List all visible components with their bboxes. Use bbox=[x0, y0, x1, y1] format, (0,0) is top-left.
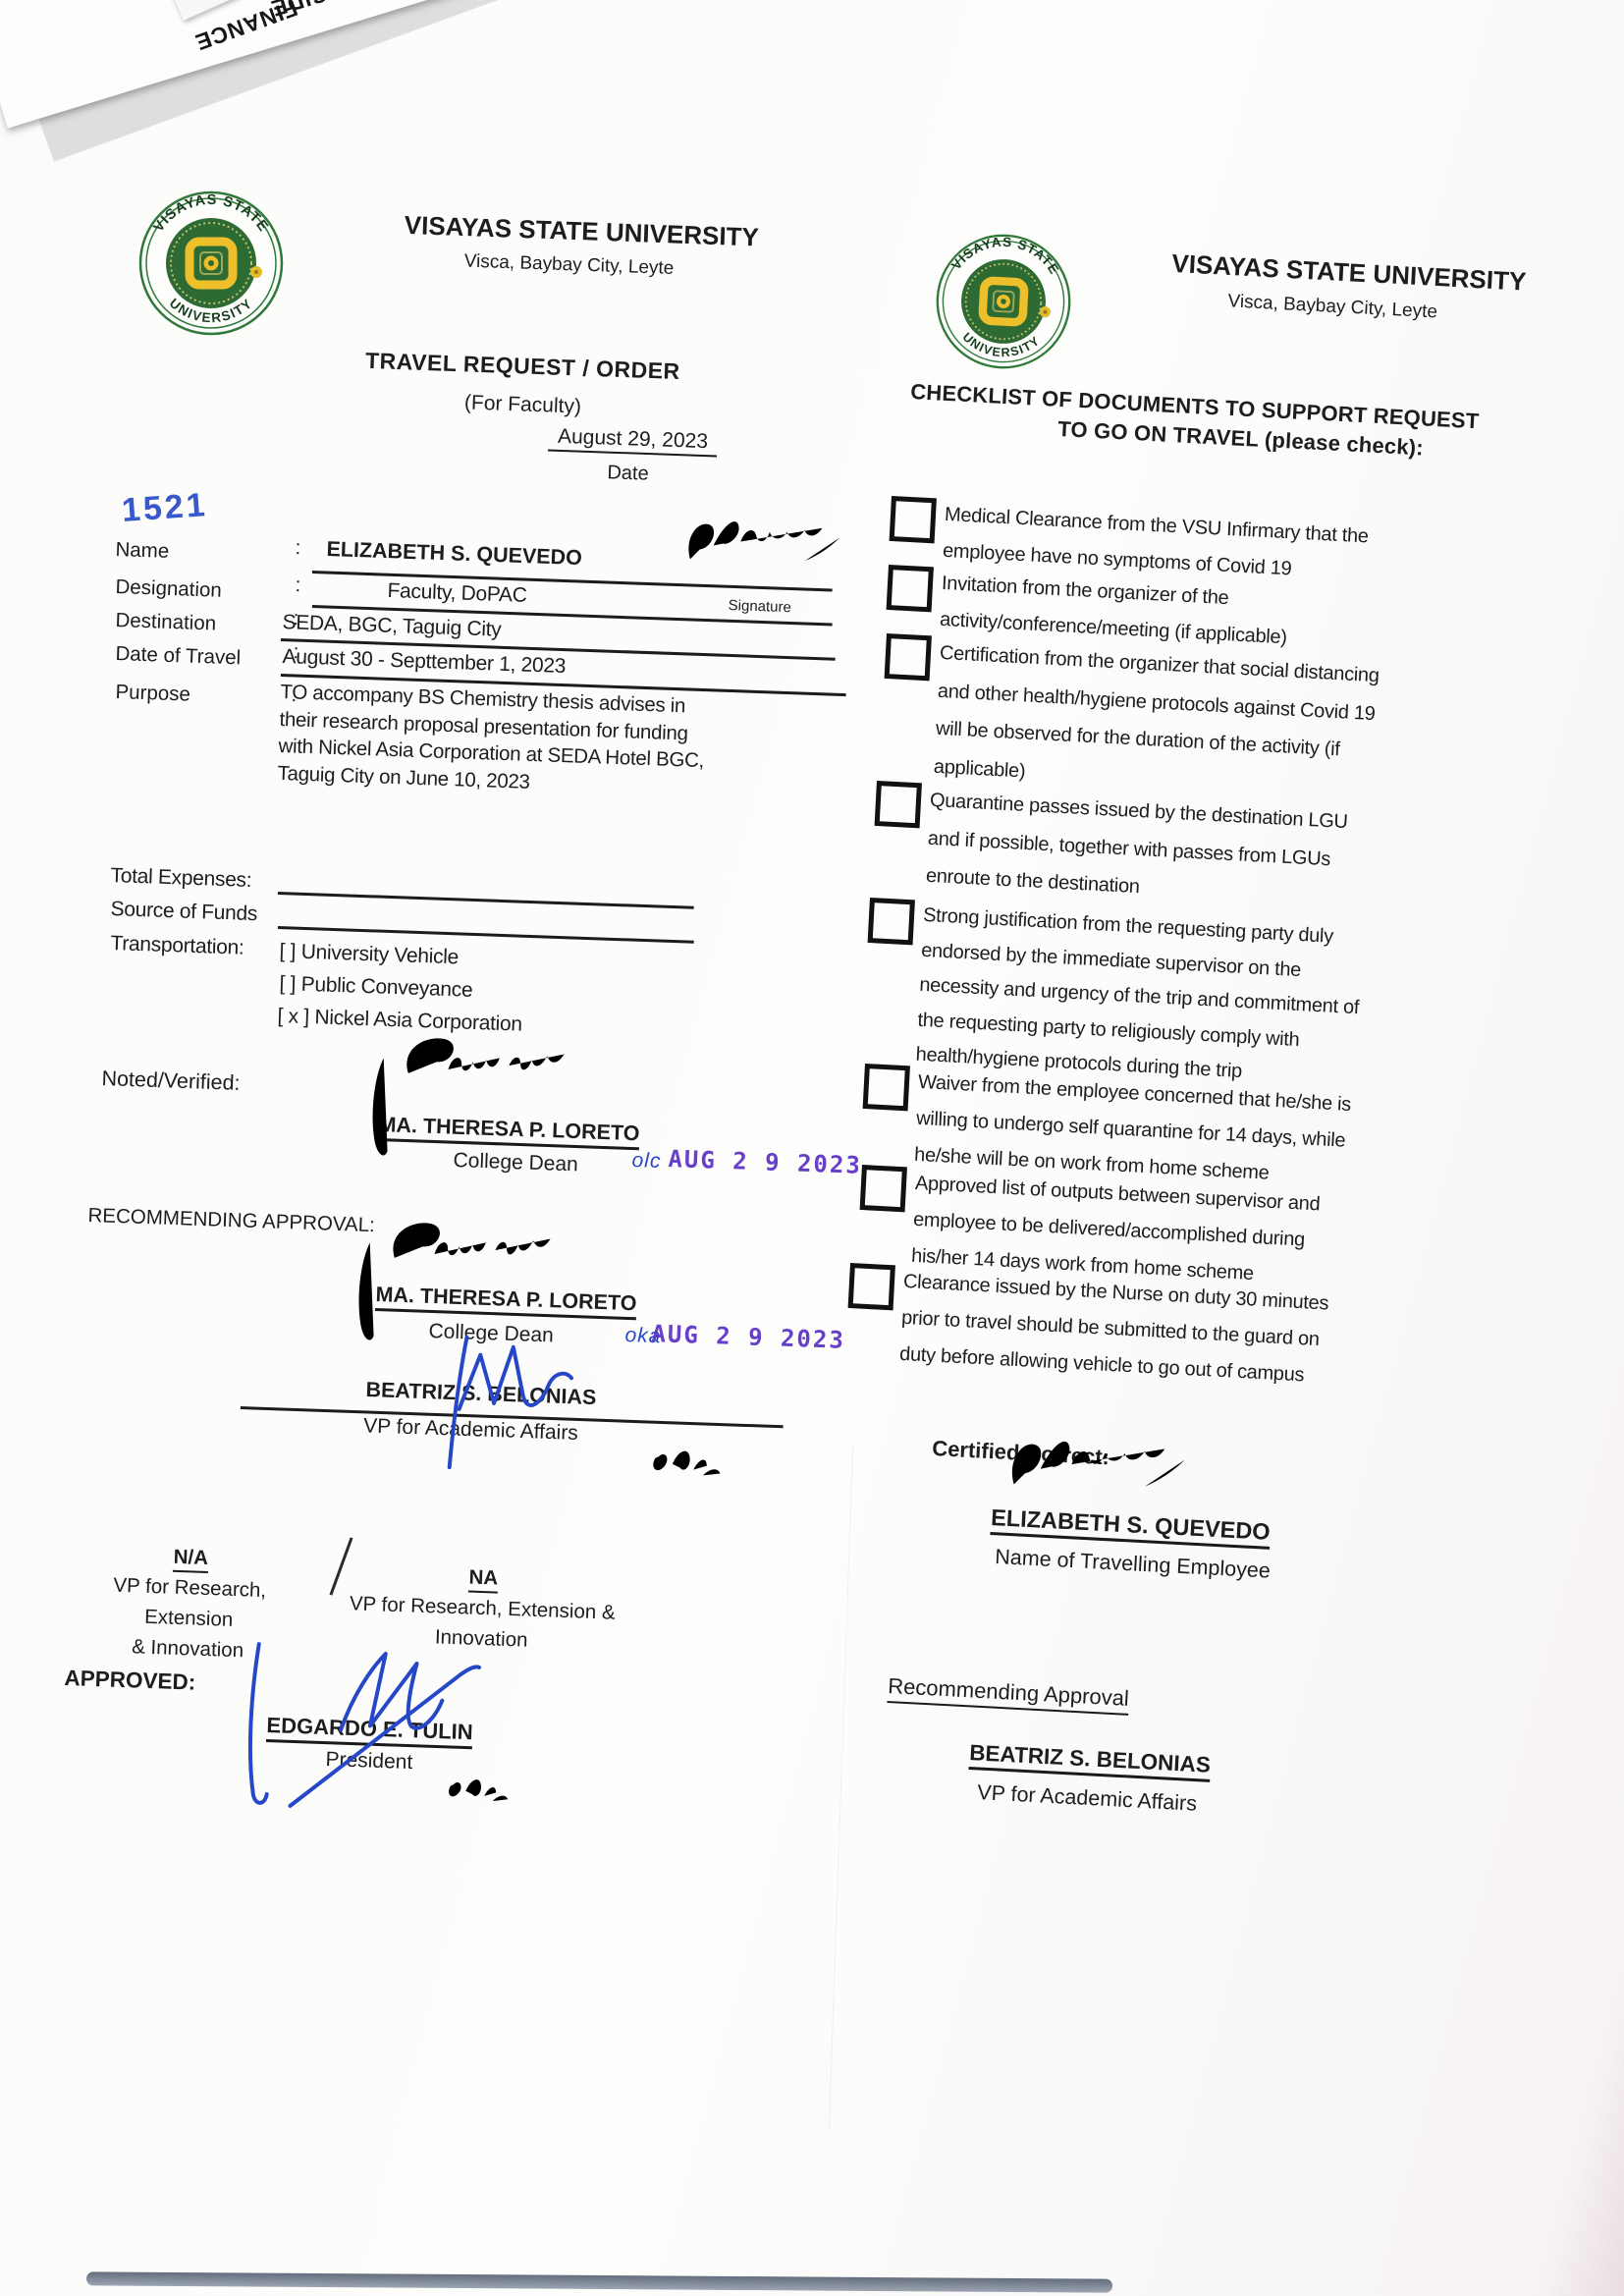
form-date-caption: Date bbox=[544, 460, 712, 488]
na-value: N/A bbox=[173, 1546, 208, 1573]
field-label-destination: Destination bbox=[115, 609, 216, 636]
vsu-logo-left bbox=[137, 190, 285, 337]
transportation-label: Transportation: bbox=[110, 932, 244, 960]
checkbox-icon[interactable] bbox=[875, 781, 922, 828]
blank-field-line-funds[interactable] bbox=[278, 926, 694, 944]
certified-title: Name of Travelling Employee bbox=[995, 1545, 1272, 1584]
source-of-funds-label: Source of Funds bbox=[110, 898, 257, 926]
bracket-checkbox-checked[interactable]: [ x ] bbox=[277, 1005, 309, 1028]
scanned-travel-request-document: FINANCE PRESIDE VISAYAS STATE UNIVERSITY… bbox=[0, 0, 1624, 2296]
field-value-destination: SEDA, BGC, Taguig City bbox=[282, 611, 502, 642]
field-value-purpose: TO accompany BS Chemistry thesis advises… bbox=[277, 679, 715, 801]
transport-option-university-vehicle[interactable]: [ ] University Vehicle bbox=[279, 940, 459, 969]
signature-loreto bbox=[346, 1029, 640, 1167]
checkbox-icon[interactable] bbox=[863, 1064, 910, 1111]
handwritten-date-initials bbox=[438, 1754, 514, 1813]
signature-belonias bbox=[424, 1328, 579, 1473]
checklist-item-text: Quarantine passes issued by the destinat… bbox=[925, 782, 1377, 918]
field-colon: : bbox=[295, 536, 301, 560]
recommending-name-right: BEATRIZ S. BELONIAS bbox=[968, 1740, 1211, 1782]
checkbox-icon[interactable] bbox=[890, 496, 937, 543]
date-stamp: AUG 2 9 2023 bbox=[668, 1145, 862, 1179]
page-crease bbox=[829, 1444, 853, 2131]
form-title: TRAVEL REQUEST / ORDER bbox=[311, 346, 734, 387]
na-value: NA bbox=[468, 1566, 499, 1594]
signature-quevedo-2 bbox=[998, 1420, 1208, 1514]
na-title-line1: VP for Research, Extension bbox=[66, 1568, 313, 1638]
checkbox-icon[interactable] bbox=[868, 898, 915, 945]
blank-field-line-expenses[interactable] bbox=[278, 892, 694, 909]
handwritten-date-initials bbox=[643, 1422, 726, 1489]
vsu-logo-right bbox=[931, 229, 1075, 373]
checkbox-icon[interactable] bbox=[885, 633, 932, 681]
checkbox-icon[interactable] bbox=[860, 1165, 907, 1212]
university-address-right: Visca, Baybay City, Leyte bbox=[1185, 289, 1481, 326]
bracket-checkbox[interactable]: [ ] bbox=[279, 972, 296, 996]
field-label-date-of-travel: Date of Travel bbox=[115, 642, 241, 670]
recommending-approval-heading: Recommending Approval bbox=[887, 1673, 1129, 1716]
field-value-date-of-travel: August 30 - Septtember 1, 2023 bbox=[282, 645, 566, 679]
checklist-item-text: Clearance issued by the Nurse on duty 30… bbox=[898, 1264, 1350, 1396]
checkbox-icon[interactable] bbox=[848, 1263, 895, 1310]
signature-quevedo bbox=[680, 503, 855, 585]
field-value-designation: Faculty, DoPAC bbox=[387, 579, 527, 608]
field-label-purpose: Purpose bbox=[115, 681, 190, 707]
checklist-item: Quarantine passes issued by the destinat… bbox=[871, 781, 1377, 918]
checklist-item-text: Certification from the organizer that so… bbox=[933, 634, 1386, 809]
checklist-item-text: Strong justification from the requesting… bbox=[915, 899, 1371, 1096]
field-value-name: ELIZABETH S. QUEVEDO bbox=[326, 537, 582, 571]
signature-caption: Signature bbox=[728, 597, 791, 616]
field-label-designation: Designation bbox=[115, 575, 222, 603]
total-expenses-label: Total Expenses: bbox=[110, 864, 252, 893]
scanner-edge-strip bbox=[86, 2271, 1112, 2292]
field-label-name: Name bbox=[115, 538, 169, 564]
field-colon: : bbox=[295, 574, 301, 597]
checklist-item: Clearance issued by the Nurse on duty 30… bbox=[844, 1263, 1350, 1396]
university-address-left: Visca, Baybay City, Leyte bbox=[421, 249, 717, 281]
recommending-title-right: VP for Academic Affairs bbox=[977, 1780, 1198, 1817]
date-stamp: AUG 2 9 2023 bbox=[651, 1320, 845, 1354]
university-name-left: VISAYAS STATE UNIVERSITY bbox=[351, 208, 813, 254]
transport-option-public-conveyance[interactable]: [ ] Public Conveyance bbox=[279, 972, 473, 1003]
bracket-checkbox[interactable]: [ ] bbox=[279, 940, 296, 963]
form-date: August 29, 2023 bbox=[534, 424, 731, 455]
noted-verified-label: Noted/Verified: bbox=[101, 1066, 241, 1096]
form-subtitle: (For Faculty) bbox=[311, 386, 734, 424]
handwritten-control-number: 1521 bbox=[121, 486, 209, 530]
checkbox-icon[interactable] bbox=[887, 565, 934, 612]
approved-label: APPROVED: bbox=[64, 1666, 196, 1696]
